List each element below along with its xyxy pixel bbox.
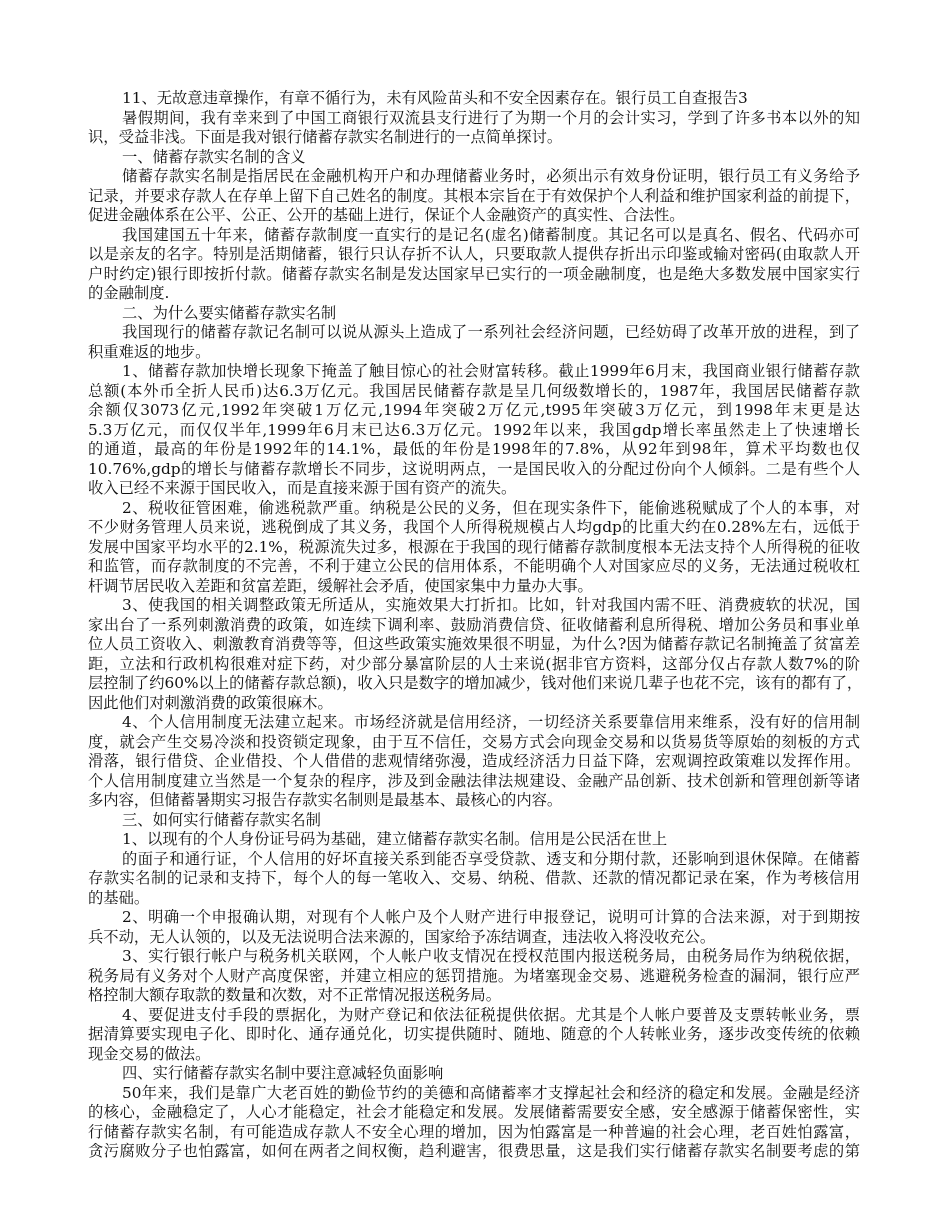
paragraph-point-3: 3、使我国的相关调整政策无所适从，实施效果大打折扣。比如，针对我国内需不旺、消费…: [88, 596, 860, 713]
text-line: 记录，并要求存款人在存单上留下自己姓名的制度。其根本宗旨在于有效保护个人利益和维…: [88, 187, 860, 207]
section-heading-4: 四、实行储蓄存款实名制中要注意减轻负面影响: [88, 1064, 860, 1084]
text-line: 现金交易的做法。: [88, 1045, 860, 1065]
text-line: 10.76%,gdp的增长与储蓄存款增长不同步，这说明两点，一是国民收入的分配过…: [88, 460, 860, 480]
text-line: 层控制了约60%以上的储蓄存款总额)，收入只是数字的增加减少，钱对他们来说几辈子…: [88, 674, 860, 694]
text-line: 3、使我国的相关调整政策无所适从，实施效果大打折扣。比如，针对我国内需不旺、消费…: [88, 596, 860, 616]
document-page: 11、无故意违章操作，有章不循行为，未有风险苗头和不安全因素存在。银行员工自查报…: [88, 89, 860, 1162]
text-line: 50年来，我们是靠广大老百姓的勤俭节约的美德和高储蓄率才支撑起社会和经济的稳定和…: [88, 1084, 860, 1104]
text-line: 5.3万亿元，而仅仅半年,1999年6月末已达6.3万亿元。1992年以来，我国…: [88, 421, 860, 441]
section-heading-2: 二、为什么要实储蓄存款实名制: [88, 304, 860, 324]
text-line: 的金融制度.: [88, 284, 860, 304]
section-heading-1: 一、储蓄存款实名制的含义: [88, 148, 860, 168]
paragraph-measure-4: 4、要促进支付手段的票据化，为财产登记和依法征税提供依据。尤其是个人帐户要普及支…: [88, 1006, 860, 1065]
text-line: 发展中国家平均水平的2.1%，税源流失过多，根源在于我国的现行储蓄存款制度根本无…: [88, 538, 860, 558]
text-line: 的通道，最高的年份是1992年的14.1%，最低的年份是1998年的7.8%，从…: [88, 440, 860, 460]
paragraph-self-check-item: 11、无故意违章操作，有章不循行为，未有风险苗头和不安全因素存在。银行员工自查报…: [88, 89, 860, 109]
text-line: 以是亲友的名字。特别是活期储蓄，银行只认存折不认人，只要取款人提供存折出示印鉴或…: [88, 245, 860, 265]
text-line: 的基础。: [88, 889, 860, 909]
text-line: 储蓄存款实名制是指居民在金融机构开户和办理储蓄业务时，必须出示有效身份证明，银行…: [88, 167, 860, 187]
text-line: 我国建国五十年来，储蓄存款制度一直实行的是记名(虚名)储蓄制度。其记名可以是真名…: [88, 226, 860, 246]
text-line: 暑假期间，我有幸来到了中国工商银行双流县支行进行了为期一个月的会计实习，学到了许…: [88, 109, 860, 129]
section-heading-3: 三、如何实行储蓄存款实名制: [88, 811, 860, 831]
text-line: 识，受益非浅。下面是我对银行储蓄存款实名制进行的一点简单探讨。: [88, 128, 860, 148]
paragraph-point-1: 1、储蓄存款加快增长现象下掩盖了触目惊心的社会财富转移。截止1999年6月末，我…: [88, 362, 860, 499]
text-line: 的面子和通行证，个人信用的好坏直接关系到能否享受贷款、透支和分期付款，还影响到退…: [88, 850, 860, 870]
text-line: 据清算要实现电子化、即时化、通存通兑化，切实提供随时、随地、随意的个人转帐业务，…: [88, 1025, 860, 1045]
text-line: 贪污腐败分子也怕露富，如何在两者之间权衡，趋利避害，很费思量，这是我们实行储蓄存…: [88, 1142, 860, 1162]
heading-text: 三、如何实行储蓄存款实名制: [88, 811, 860, 831]
heading-text: 四、实行储蓄存款实名制中要注意减轻负面影响: [88, 1064, 860, 1084]
text-line: 家出台了一系列刺激消费的政策，如连续下调利率、鼓励消费信贷、征收储蓄利息所得税、…: [88, 616, 860, 636]
text-line: 余额仅3073亿元,1992年突破1万亿元,1994年突破2万亿元,t995年突…: [88, 401, 860, 421]
paragraph-intro: 暑假期间，我有幸来到了中国工商银行双流县支行进行了为期一个月的会计实习，学到了许…: [88, 109, 860, 148]
paragraph-point-2: 2、税收征管困难，偷逃税款严重。纳税是公民的义务，但在现实条件下，能偷逃税赋成了…: [88, 499, 860, 597]
text-line: 多内容，但储蓄暑期实习报告存款实名制则是最基本、最核心的内容。: [88, 791, 860, 811]
paragraph-point-4: 4、个人信用制度无法建立起来。市场经济就是信用经济，一切经济关系要靠信用来维系，…: [88, 713, 860, 811]
text-line: 11、无故意违章操作，有章不循行为，未有风险苗头和不安全因素存在。银行员工自查报…: [88, 89, 860, 109]
text-line: 积重难返的地步。: [88, 343, 860, 363]
text-line: 个人信用制度建立当然是一个复杂的程序，涉及到金融法律法规建设、金融产品创新、技术…: [88, 772, 860, 792]
text-line: 因此他们对刺激消费的政策很麻木。: [88, 694, 860, 714]
text-line: 收入已经不来源于国民收入，而是直接来源于国有资产的流失。: [88, 479, 860, 499]
text-line: 行储蓄存款实名制，有可能造成存款人不安全心理的增加，因为怕露富是一种普遍的社会心…: [88, 1123, 860, 1143]
text-line: 1、以现有的个人身份证号码为基础，建立储蓄存款实名制。信用是公民活在世上: [88, 830, 860, 850]
text-line: 税务局有义务对个人财产高度保密，并建立相应的惩罚措施。为堵塞现金交易、逃避税务检…: [88, 967, 860, 987]
text-line: 促进金融体系在公平、公正、公开的基础上进行，保证个人金融资产的真实性、合法性。: [88, 206, 860, 226]
text-line: 滑落，银行借贷、企业借投、个人借借的悲观情绪弥漫，造成经济活力日益下降，宏观调控…: [88, 752, 860, 772]
text-line: 存款实名制的记录和支持下，每个人的每一笔收入、交易、纳税、借款、还款的情况都记录…: [88, 869, 860, 889]
text-line: 户时约定)银行即按折付款。储蓄存款实名制是发达国家早已实行的一项金融制度，也是绝…: [88, 265, 860, 285]
text-line: 兵不动，无人认领的，以及无法说明合法来源的，国家给予冻结调查，违法收入将没收充公…: [88, 928, 860, 948]
heading-text: 一、储蓄存款实名制的含义: [88, 148, 860, 168]
text-line: 2、税收征管困难，偷逃税款严重。纳税是公民的义务，但在现实条件下，能偷逃税赋成了…: [88, 499, 860, 519]
text-line: 格控制大额存取款的数量和次数，对不正常情况报送税务局。: [88, 986, 860, 1006]
paragraph-measure-1-cont: 的面子和通行证，个人信用的好坏直接关系到能否享受贷款、透支和分期付款，还影响到退…: [88, 850, 860, 909]
text-line: 我国现行的储蓄存款记名制可以说从源头上造成了一系列社会经济问题，已经妨碍了改革开…: [88, 323, 860, 343]
text-line: 距，立法和行政机构很难对症下药，对少部分暴富阶层的人士来说(据非官方资料，这部分…: [88, 655, 860, 675]
text-line: 4、个人信用制度无法建立起来。市场经济就是信用经济，一切经济关系要靠信用来维系，…: [88, 713, 860, 733]
paragraph-history: 我国建国五十年来，储蓄存款制度一直实行的是记名(虚名)储蓄制度。其记名可以是真名…: [88, 226, 860, 304]
text-line: 1、储蓄存款加快增长现象下掩盖了触目惊心的社会财富转移。截止1999年6月末，我…: [88, 362, 860, 382]
text-line: 和监管，而存款制度的不完善，不利于建立公民的信用体系，不能明确个人对国家应尽的义…: [88, 557, 860, 577]
text-line: 位人员工资收入、刺激教育消费等等，但这些政策实施效果很不明显，为什么?因为储蓄存…: [88, 635, 860, 655]
text-line: 总额(本外币全折人民币)达6.3万亿元。我国居民储蓄存款是呈几何级数增长的，19…: [88, 382, 860, 402]
paragraph-measure-3: 3、实行银行帐户与税务机关联网，个人帐户收支情况在授权范围内报送税务局，由税务局…: [88, 947, 860, 1006]
text-line: 杆调节居民收入差距和贫富差距，缓解社会矛盾，使国家集中力量办大事。: [88, 577, 860, 597]
paragraph-problems-intro: 我国现行的储蓄存款记名制可以说从源头上造成了一系列社会经济问题，已经妨碍了改革开…: [88, 323, 860, 362]
text-line: 4、要促进支付手段的票据化，为财产登记和依法征税提供依据。尤其是个人帐户要普及支…: [88, 1006, 860, 1026]
text-line: 3、实行银行帐户与税务机关联网，个人帐户收支情况在授权范围内报送税务局，由税务局…: [88, 947, 860, 967]
text-line: 2、明确一个申报确认期，对现有个人帐户及个人财产进行申报登记，说明可计算的合法来…: [88, 908, 860, 928]
paragraph-measure-2: 2、明确一个申报确认期，对现有个人帐户及个人财产进行申报登记，说明可计算的合法来…: [88, 908, 860, 947]
paragraph-measure-1: 1、以现有的个人身份证号码为基础，建立储蓄存款实名制。信用是公民活在世上: [88, 830, 860, 850]
heading-text: 二、为什么要实储蓄存款实名制: [88, 304, 860, 324]
text-line: 不少财务管理人员来说，逃税倒成了其义务，我国个人所得税规模占人均gdp的比重大约…: [88, 518, 860, 538]
text-line: 度，就会产生交易冷淡和投资锁定现象，由于互不信任，交易方式会向现金交易和以货易货…: [88, 733, 860, 753]
paragraph-negative-impact: 50年来，我们是靠广大老百姓的勤俭节约的美德和高储蓄率才支撑起社会和经济的稳定和…: [88, 1084, 860, 1162]
text-line: 的核心，金融稳定了，人心才能稳定，社会才能稳定和发展。发展储蓄需要安全感，安全感…: [88, 1103, 860, 1123]
paragraph-definition: 储蓄存款实名制是指居民在金融机构开户和办理储蓄业务时，必须出示有效身份证明，银行…: [88, 167, 860, 226]
